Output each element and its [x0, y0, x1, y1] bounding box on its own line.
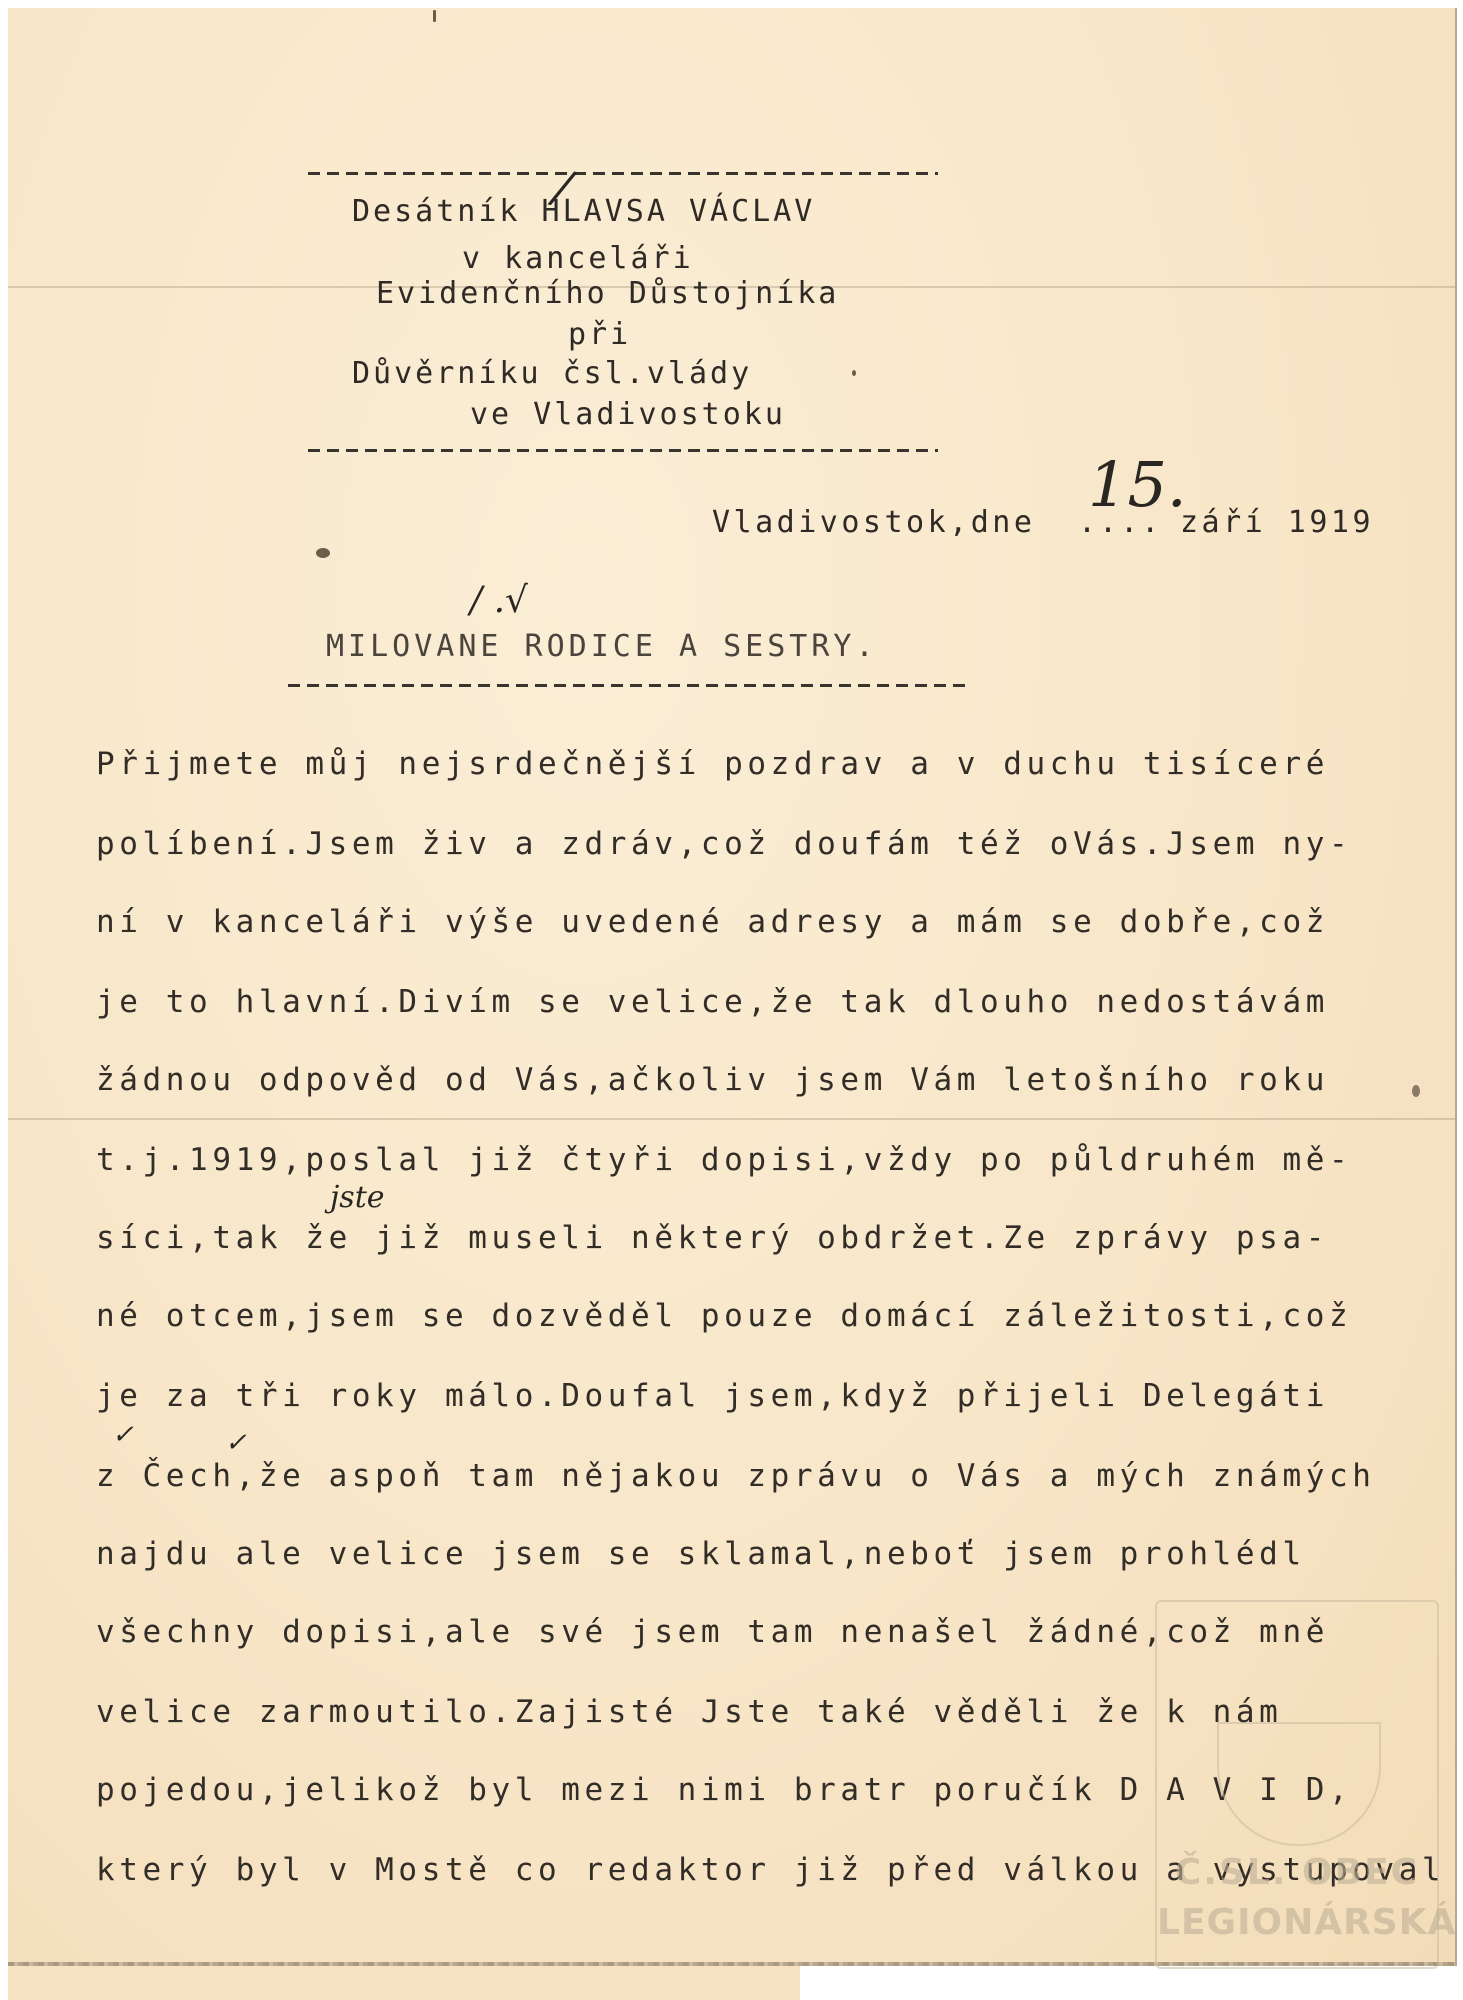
- ink-dot: [852, 370, 856, 376]
- body-line: je to hlavní.Divím se velice,že tak dlou…: [96, 984, 1329, 1020]
- body-line: všechny dopisi,ale své jsem tam nenašel …: [96, 1614, 1329, 1650]
- sender-location: ve Vladivostoku: [470, 398, 786, 432]
- body-line: síci,tak že již museli některý obdržet.Z…: [96, 1220, 1329, 1256]
- handwritten-insertion: jste: [330, 1180, 385, 1215]
- fold-line-middle: [8, 1118, 1455, 1120]
- body-line: Přijmete můj nejsrdečnější pozdrav a v d…: [96, 746, 1329, 782]
- body-line: z Čech,že aspoň tam nějakou zprávu o Vás…: [96, 1458, 1376, 1494]
- body-line: ní v kanceláři výše uvedené adresy a mám…: [96, 904, 1329, 940]
- sender-rank-name: Desátník HLAVSA VÁCLAV: [352, 195, 815, 229]
- salutation: MILOVANE RODICE A SESTRY.: [326, 630, 878, 664]
- body-line: žádnou odpověd od Vás,ačkoliv jsem Vám l…: [96, 1062, 1329, 1098]
- handwritten-check: ✓: [225, 1428, 247, 1458]
- sender-office: v kanceláři: [462, 242, 694, 276]
- watermark-line1: Č.SL. OBEC: [1157, 1852, 1437, 1893]
- body-line: políbení.Jsem živ a zdráv,což doufám též…: [96, 826, 1352, 862]
- handwritten-day: 15.: [1088, 448, 1187, 521]
- body-line: najdu ale velice jsem se sklamal,neboť j…: [96, 1536, 1306, 1572]
- ink-blot: [316, 548, 330, 558]
- body-line: t.j.1919,poslal již čtyři dopisi,vždy po…: [96, 1142, 1352, 1178]
- body-line: velice zarmoutilo.Zajisté Jste také vědě…: [96, 1694, 1282, 1730]
- ink-mark: [433, 10, 436, 22]
- body-line: je za tři roky málo.Doufal jsem,když při…: [96, 1378, 1329, 1414]
- header-bottom-rule: [308, 449, 938, 452]
- header-top-rule: [308, 172, 938, 175]
- sender-preposition: při: [568, 318, 631, 352]
- handwritten-check: ✓: [112, 1420, 134, 1450]
- sender-department: Evidenčního Důstojníka: [376, 277, 839, 311]
- watermark-line2: LEGIONÁRSKÁ: [1157, 1902, 1437, 1943]
- dateline-city: Vladivostok,dne: [712, 506, 1035, 540]
- salutation-rule: [288, 684, 968, 687]
- ink-blot: [1412, 1085, 1420, 1097]
- body-line: né otcem,jsem se dozvěděl pouze domácí z…: [96, 1298, 1352, 1334]
- legion-watermark-stamp: Č.SL. OBEC LEGIONÁRSKÁ: [1155, 1600, 1439, 1969]
- coat-of-arms-icon: [1217, 1722, 1381, 1846]
- dateline-month-year: září 1919: [1180, 506, 1374, 540]
- underlying-sheet: [8, 1966, 800, 2000]
- handwritten-accent-marks: / .√: [470, 580, 528, 621]
- sender-authority: Důvěrníku čsl.vlády: [352, 357, 752, 391]
